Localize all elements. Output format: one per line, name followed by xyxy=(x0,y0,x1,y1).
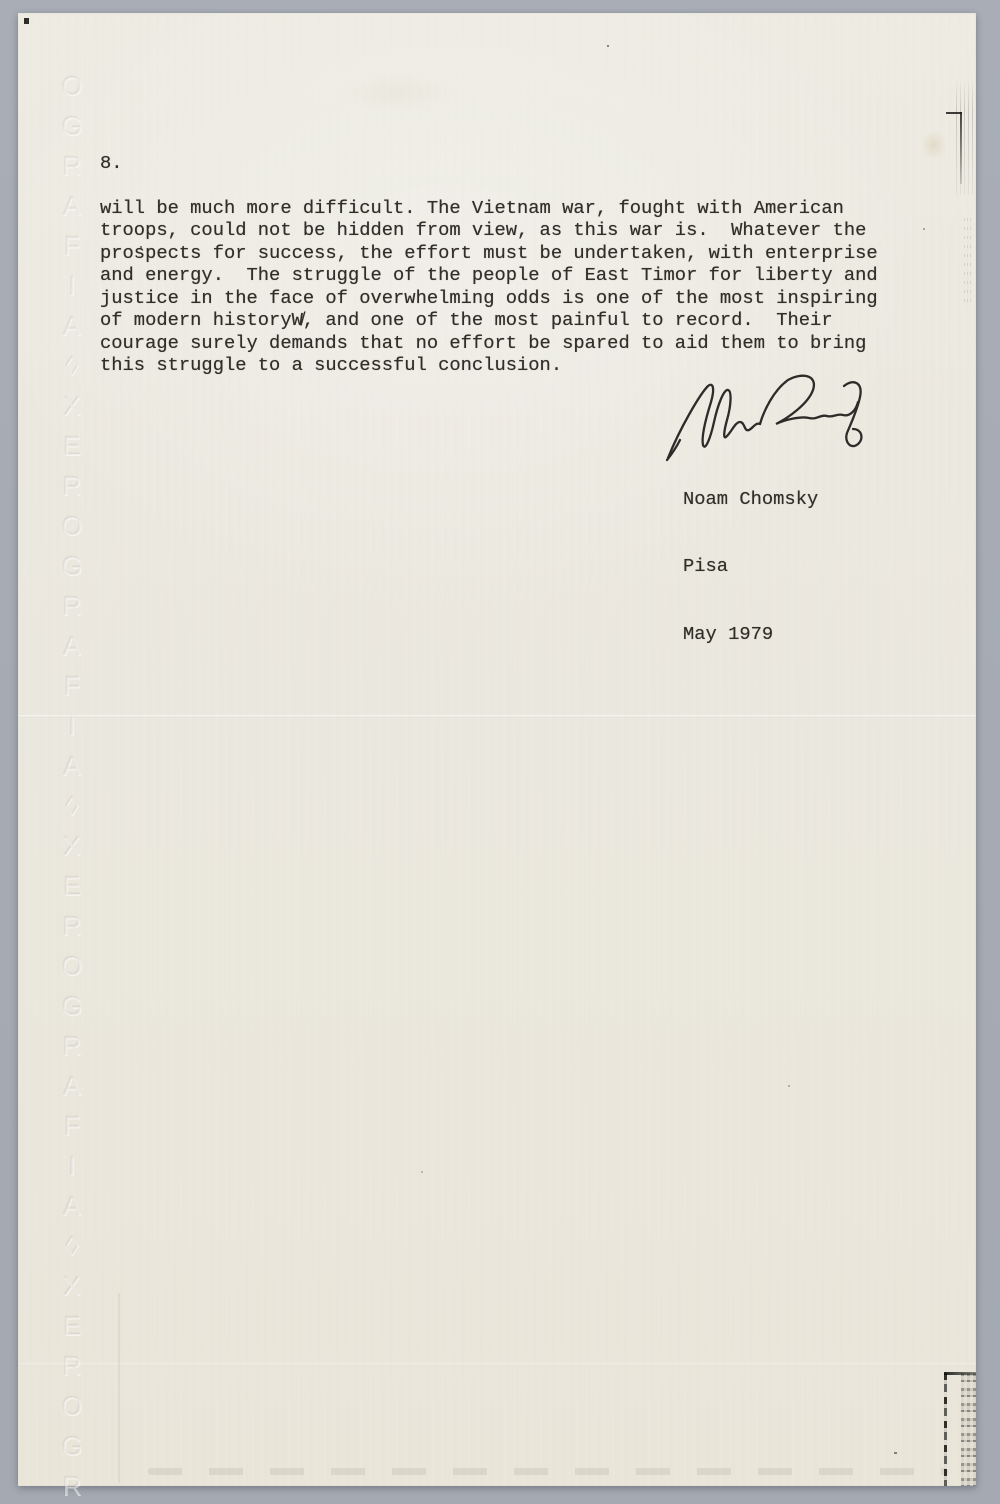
body-line: justice in the face of overwhelming odds… xyxy=(100,287,878,309)
scanner-artifact-tick-stem xyxy=(960,112,962,184)
signature-place: Pisa xyxy=(683,555,818,577)
smudge-row xyxy=(148,1468,948,1475)
signature-block: Noam Chomsky Pisa May 1979 xyxy=(683,443,818,690)
letter-body: will be much more difficult. The Vietnam… xyxy=(100,197,878,377)
signature-date: May 1979 xyxy=(683,623,818,645)
body-line: prospects for success, the effort must b… xyxy=(100,242,878,264)
scanner-artifact-scratches-top-right xyxy=(956,77,974,195)
scan-background: OGRAFIA◊XEROGRAFIA◊XEROGRAFIA◊XEROGRA 8.… xyxy=(0,0,1000,1504)
embossed-watermark: OGRAFIA◊XEROGRAFIA◊XEROGRAFIA◊XEROGRA xyxy=(56,71,87,1451)
scanner-artifact-corner-line xyxy=(944,1372,976,1375)
paper-speck xyxy=(788,1085,790,1087)
paper-speck xyxy=(24,18,29,24)
scanner-artifact-left-streak xyxy=(118,1293,120,1483)
paper-stain xyxy=(338,73,458,113)
paper-crease xyxy=(18,1363,976,1366)
body-line: of modern historyW̸, and one of the most… xyxy=(100,309,878,331)
page-number: 8. xyxy=(100,152,123,174)
body-line: and energy. The struggle of the people o… xyxy=(100,264,878,286)
document-page: OGRAFIA◊XEROGRAFIA◊XEROGRAFIA◊XEROGRA 8.… xyxy=(18,13,976,1486)
scanner-artifact-smudge-band xyxy=(961,1373,976,1486)
scanner-artifact-tick xyxy=(946,112,962,114)
paper-stain xyxy=(921,130,947,160)
body-line: courage surely demands that no effort be… xyxy=(100,332,878,354)
body-line: will be much more difficult. The Vietnam… xyxy=(100,197,878,219)
signature-name: Noam Chomsky xyxy=(683,488,818,510)
paper-crease xyxy=(18,715,976,718)
paper-speck xyxy=(923,228,925,230)
paper-speck xyxy=(894,1452,897,1454)
body-line: troops, could not be hidden from view, a… xyxy=(100,219,878,241)
paper-speck xyxy=(607,45,609,47)
paper-speck xyxy=(421,1171,423,1173)
scanner-artifact-scratches-mid-right xyxy=(964,218,972,308)
